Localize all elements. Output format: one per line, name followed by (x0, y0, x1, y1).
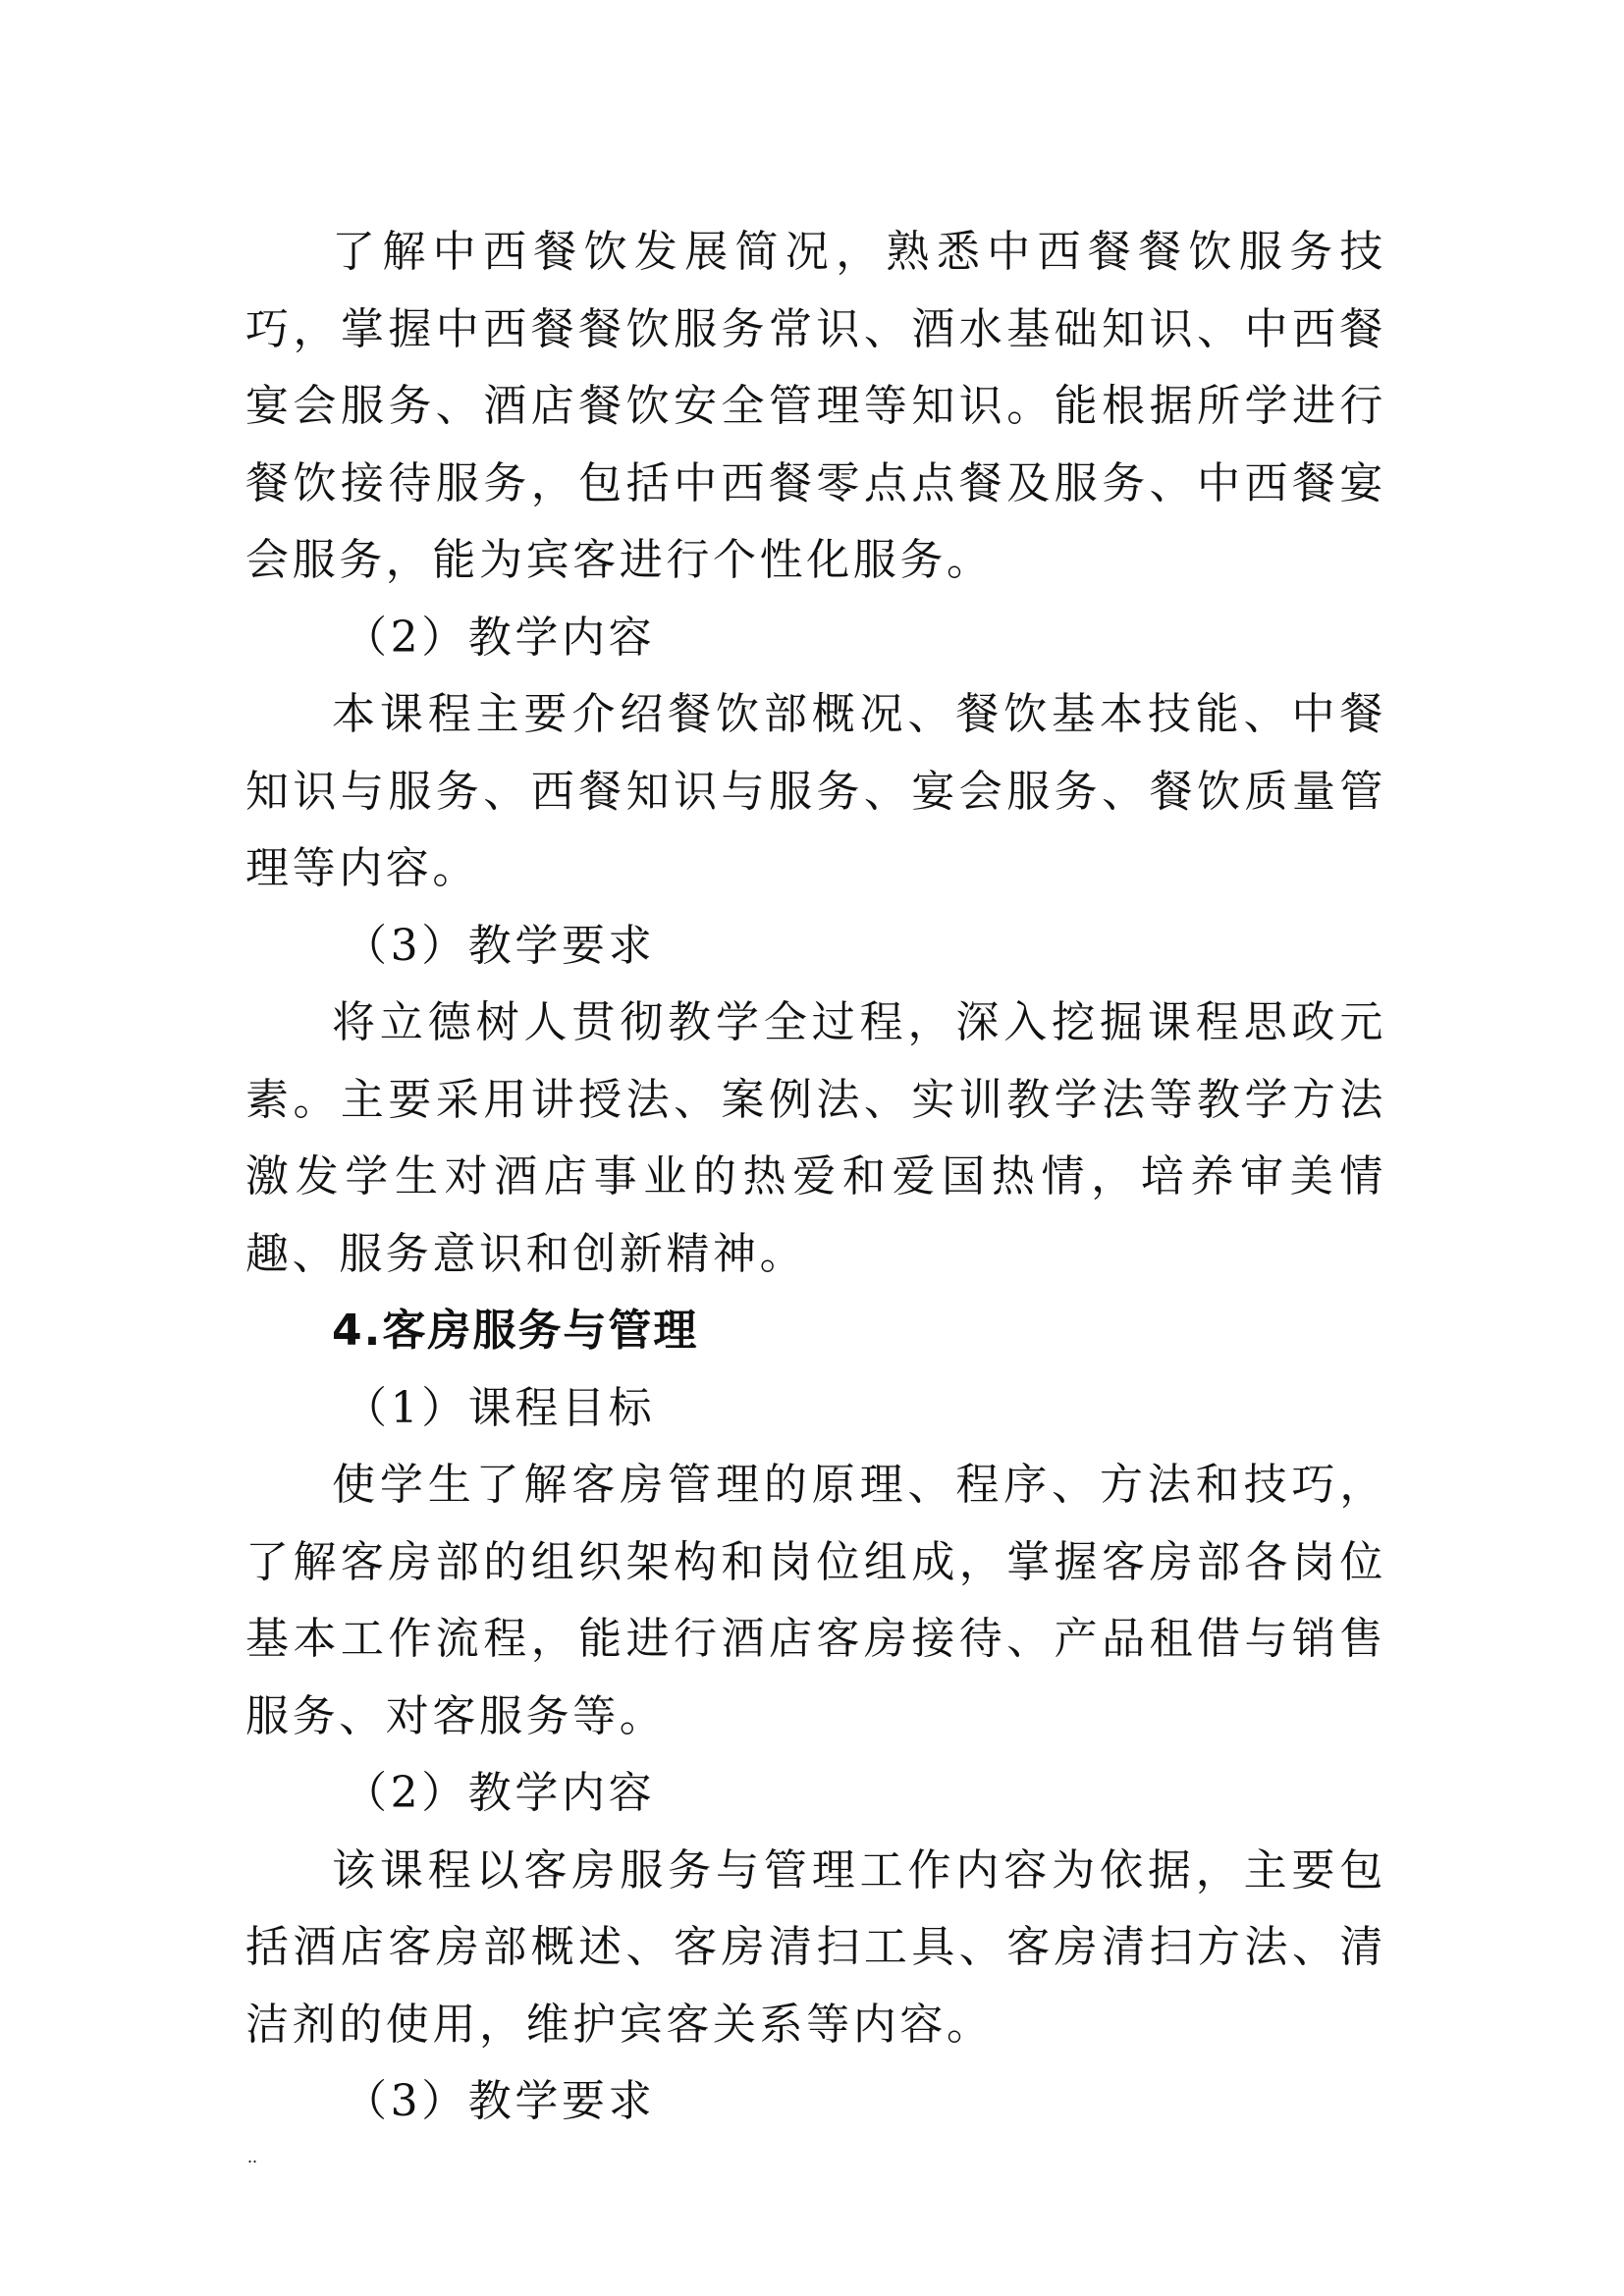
subheading-teaching-content: （2）教学内容 (245, 600, 1386, 677)
paragraph-catering-requirements: 将立德树人贯彻教学全过程，深入挖掘课程思政元素。主要采用讲授法、案例法、实训教学… (245, 985, 1386, 1293)
paragraph-catering-content: 本课程主要介绍餐饮部概况、餐饮基本技能、中餐知识与服务、西餐知识与服务、宴会服务… (245, 676, 1386, 908)
subheading-teaching-requirements: （3）教学要求 (245, 908, 1386, 986)
subheading-course-objectives: （1）课程目标 (245, 1370, 1386, 1448)
paragraph-housekeeping-content: 该课程以客房服务与管理工作内容为依据，主要包括酒店客房部概述、客房清扫工具、客房… (245, 1833, 1386, 2064)
paragraph-housekeeping-objectives: 使学生了解客房管理的原理、程序、方法和技巧，了解客房部的组织架构和岗位组成，掌握… (245, 1447, 1386, 1755)
subheading-teaching-content-2: （2）教学内容 (245, 1755, 1386, 1833)
subheading-teaching-requirements-2: （3）教学要求 (245, 2063, 1386, 2141)
section-heading-housekeeping: 4.客房服务与管理 (245, 1293, 1386, 1370)
document-page: 了解中西餐饮发展简况，熟悉中西餐餐饮服务技巧，掌握中西餐餐饮服务常识、酒水基础知… (245, 214, 1386, 2141)
paragraph-catering-objectives: 了解中西餐饮发展简况，熟悉中西餐餐饮服务技巧，掌握中西餐餐饮服务常识、酒水基础知… (245, 214, 1386, 600)
footer-mark: .. (247, 2148, 257, 2165)
